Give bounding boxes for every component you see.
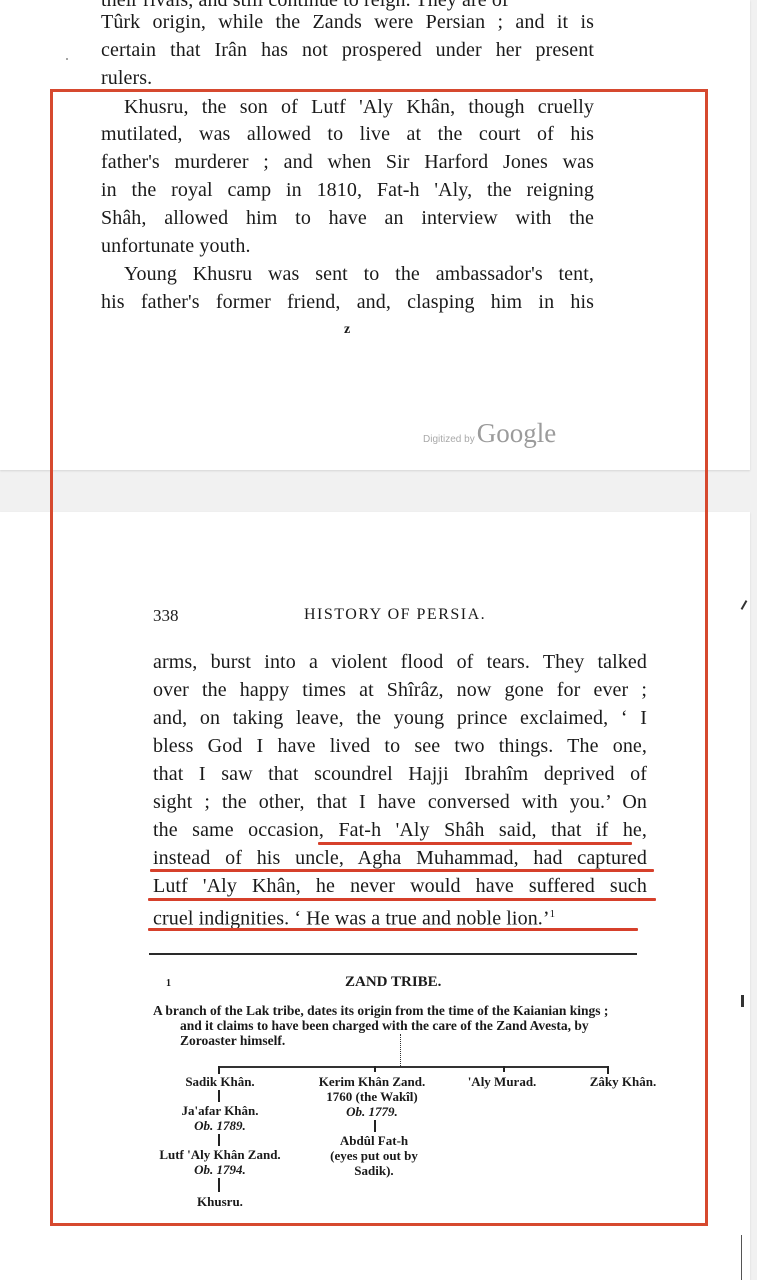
text-line: father's murderer ; and when Sir Harford… xyxy=(101,148,594,176)
tree-connector xyxy=(503,1066,505,1072)
tree-connector xyxy=(374,1066,376,1072)
book-page-previous: their rivals, and still continue to reig… xyxy=(0,0,750,470)
node-note: 1760 (the Wakîl) xyxy=(306,1089,438,1104)
node-date: Ob. 1789. xyxy=(168,1118,272,1133)
annotation-underline xyxy=(148,928,638,931)
text-line: Tûrk origin, while the Zands were Persia… xyxy=(101,8,594,36)
footnote-reference: 1 xyxy=(550,908,556,920)
node-note: Sadik). xyxy=(316,1163,432,1178)
text-line: over the happy times at Shîrâz, now gone… xyxy=(153,676,647,704)
tree-node-kerim: Kerim Khân Zand. 1760 (the Wakîl) Ob. 17… xyxy=(306,1074,438,1119)
node-label: Zâky Khân. xyxy=(568,1074,678,1089)
page-number: 338 xyxy=(153,606,179,626)
node-label: Ja'afar Khân. xyxy=(168,1103,272,1118)
tree-node-lutf: Lutf 'Aly Khân Zand. Ob. 1794. xyxy=(148,1147,292,1177)
scan-speck xyxy=(66,58,68,60)
text-line: arms, burst into a violent flood of tear… xyxy=(153,648,647,676)
node-label: Lutf 'Aly Khân Zand. xyxy=(148,1147,292,1162)
tree-node-zaky: Zâky Khân. xyxy=(568,1074,678,1089)
footnote-text: Zoroaster himself. xyxy=(180,1033,285,1049)
text-line: rulers. xyxy=(101,64,152,92)
text-line: instead of his uncle, Agha Muhammad, had… xyxy=(153,844,647,872)
footnote-text: A branch of the Lak tribe, dates its ori… xyxy=(153,1003,608,1019)
running-head: HISTORY OF PERSIA. xyxy=(304,606,486,624)
tree-node-aly-murad: 'Aly Murad. xyxy=(456,1074,548,1089)
tree-node-sadik: Sadik Khân. xyxy=(178,1074,262,1089)
tree-connector-dotted xyxy=(400,1034,401,1066)
tree-connector xyxy=(218,1178,220,1192)
tree-connector xyxy=(607,1066,609,1074)
text-line: Young Khusru was sent to the ambassador'… xyxy=(124,260,594,288)
text-line-content: cruel indignities. ‘ He was a true and n… xyxy=(153,908,550,930)
text-line: sight ; the other, that I have conversed… xyxy=(153,788,647,816)
tree-node-jaafar: Ja'afar Khân. Ob. 1789. xyxy=(168,1103,272,1133)
node-note: (eyes put out by xyxy=(316,1148,432,1163)
text-line: unfortunate youth. xyxy=(101,232,251,260)
footnote-text: and it claims to have been charged with … xyxy=(180,1018,589,1034)
annotation-underline xyxy=(148,898,656,901)
google-logo: Google xyxy=(477,418,556,449)
scan-artifact xyxy=(741,995,744,1007)
text-line: Shâh, allowed him to have an interview w… xyxy=(101,204,594,232)
text-line: Khusru, the son of Lutf 'Aly Khân, thoug… xyxy=(124,93,594,121)
node-label: Khusru. xyxy=(178,1194,262,1209)
tree-branch-line xyxy=(218,1066,608,1068)
text-line: in the royal camp in 1810, Fat-h 'Aly, t… xyxy=(101,176,594,204)
text-line: bless God I have lived to see two things… xyxy=(153,732,647,760)
signature-mark: z xyxy=(344,322,350,338)
scan-artifact xyxy=(741,1235,742,1280)
tree-connector xyxy=(218,1090,220,1102)
node-label: Sadik Khân. xyxy=(178,1074,262,1089)
tree-connector xyxy=(374,1120,376,1132)
annotation-underline xyxy=(150,869,654,872)
tree-node-abdul: Abdûl Fat-h (eyes put out by Sadik). xyxy=(316,1133,432,1178)
tree-node-khusru: Khusru. xyxy=(178,1194,262,1209)
text-line: Lutf 'Aly Khân, he never would have suff… xyxy=(153,872,647,900)
node-label: Kerim Khân Zand. xyxy=(306,1074,438,1089)
text-line: mutilated, was allowed to live at the co… xyxy=(101,120,594,148)
node-label: 'Aly Murad. xyxy=(456,1074,548,1089)
tree-connector xyxy=(218,1134,220,1146)
text-line: the same occasion, Fat-h 'Aly Shâh said,… xyxy=(153,816,647,844)
watermark-prefix: Digitized by xyxy=(423,434,475,445)
node-date: Ob. 1794. xyxy=(148,1162,292,1177)
google-watermark: Digitized by Google xyxy=(423,418,556,449)
node-date: Ob. 1779. xyxy=(306,1104,438,1119)
text-line: certain that Irân has not prospered unde… xyxy=(101,36,594,64)
footnote-divider xyxy=(149,953,637,955)
footnote-marker: 1 xyxy=(166,978,171,989)
text-line: his father's former friend, and, claspin… xyxy=(101,288,594,316)
text-line: that I saw that scoundrel Hajji Ibrahîm … xyxy=(153,760,647,788)
annotation-underline xyxy=(318,842,632,845)
tree-connector xyxy=(218,1066,220,1074)
footnote-title: ZAND TRIBE. xyxy=(345,974,441,991)
node-label: Abdûl Fat-h xyxy=(316,1133,432,1148)
text-line: and, on taking leave, the young prince e… xyxy=(153,704,647,732)
